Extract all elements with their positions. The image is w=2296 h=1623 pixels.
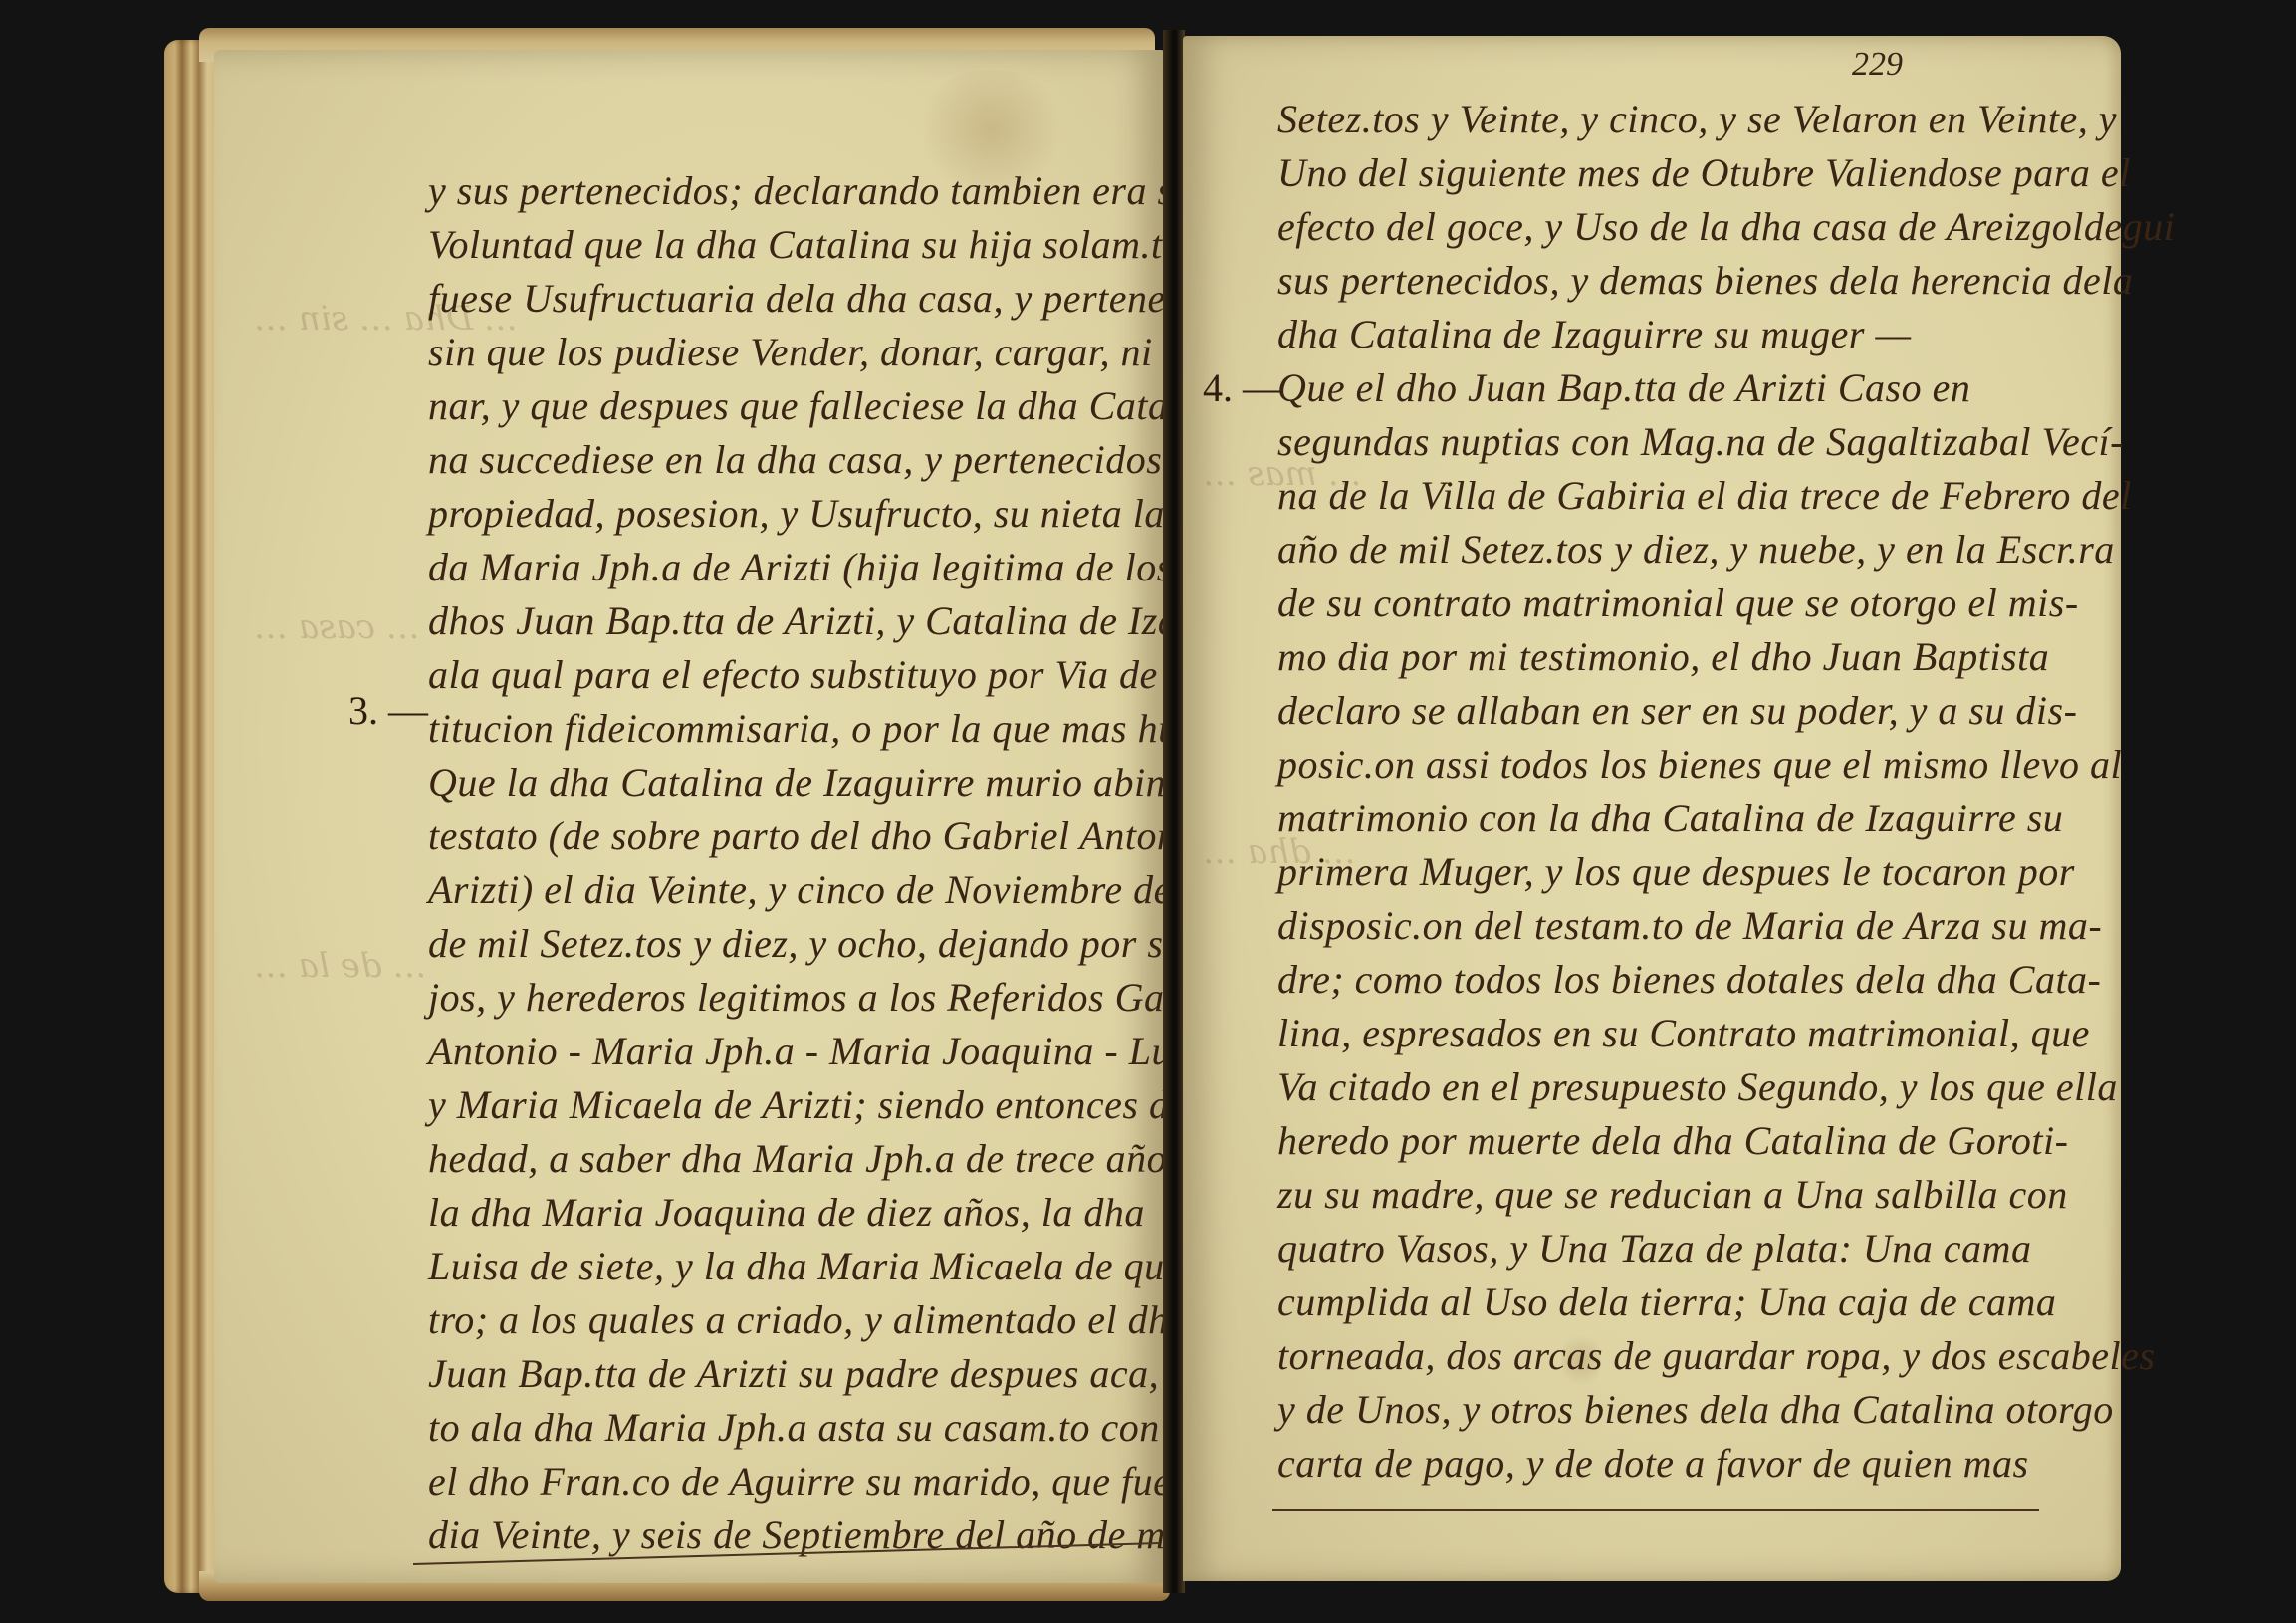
text-line: efecto del goce, y Uso de la dha casa de… (1277, 203, 2175, 250)
text-line: año de mil Setez.tos y diez, y nuebe, y … (1277, 526, 2115, 573)
text-line: Va citado en el presupuesto Segundo, y l… (1277, 1063, 2118, 1110)
text-line: hedad, a saber dha Maria Jph.a de trece … (428, 1135, 1194, 1182)
end-of-text-rule (1272, 1509, 2039, 1511)
text-line: zu su madre, que se reducian a Una salbi… (1277, 1171, 2068, 1218)
book-gutter (1163, 30, 1185, 1593)
text-line: quatro Vasos, y Una Taza de plata: Una c… (1277, 1225, 2031, 1272)
text-line: mo dia por mi testimonio, el dho Juan Ba… (1277, 633, 2049, 680)
text-line: Setez.tos y Veinte, y cinco, y se Velaro… (1277, 96, 2117, 142)
section-number-4: 4. — (1203, 364, 1282, 411)
folio-number: 229 (1852, 46, 1903, 84)
left-page: … Dha … sin … … casa … … de la … 3. — y … (214, 50, 1165, 1583)
text-line: da Maria Jph.a de Arizti (hija legitima … (428, 544, 1173, 590)
text-line: posic.on assi todos los bienes que el mi… (1277, 741, 2122, 788)
text-line: dha Catalina de Izaguirre su muger — (1277, 311, 1912, 357)
text-line: Antonio - Maria Jph.a - Maria Joaquina -… (428, 1028, 1220, 1074)
text-line: la dha Maria Joaquina de diez años, la d… (428, 1189, 1145, 1236)
text-line: Voluntad que la dha Catalina su hija sol… (428, 221, 1181, 268)
text-line: to ala dha Maria Jph.a asta su casam.to … (428, 1404, 1160, 1451)
text-line: primera Muger, y los que despues le toca… (1277, 848, 2075, 895)
text-line: Arizti) el dia Veinte, y cinco de Noviem… (428, 866, 1255, 913)
text-line: de su contrato matrimonial que se otorgo… (1277, 580, 2079, 626)
text-line: torneada, dos arcas de guardar ropa, y d… (1277, 1332, 2155, 1379)
text-line: de mil Setez.tos y diez, y ocho, dejando… (428, 920, 1256, 967)
text-line: cumplida al Uso dela tierra; Una caja de… (1277, 1278, 2056, 1325)
text-line: tro; a los quales a criado, y alimentado… (428, 1296, 1189, 1343)
text-line: disposic.on del testam.to de Maria de Ar… (1277, 902, 2102, 949)
text-line: Luisa de siete, y la dha Maria Micaela d… (428, 1243, 1199, 1289)
right-page: … mas … … dha … 229 4. — Setez.tos y Vei… (1183, 36, 2121, 1581)
text-line: dhos Juan Bap.tta de Arizti, y Catalina … (428, 597, 1209, 644)
text-line: sus pertenecidos, y demas bienes dela he… (1277, 257, 2133, 304)
text-line: Juan Bap.tta de Arizti su padre despues … (428, 1350, 1220, 1397)
text-line: fuese Usufructuaria dela dha casa, y per… (428, 275, 1253, 322)
text-line: y Maria Micaela de Arizti; siendo entonc… (428, 1081, 1188, 1128)
text-line: heredo por muerte dela dha Catalina de G… (1277, 1117, 2068, 1164)
bleed-through-text: … de la … (254, 946, 426, 986)
text-line: lina, espresados en su Contrato matrimon… (1277, 1010, 2090, 1056)
text-line: ala qual para el efecto substituyo por V… (428, 651, 1235, 698)
text-line: y de Unos, y otros bienes dela dha Catal… (1277, 1386, 2114, 1433)
text-line: declaro se allaban en ser en su poder, y… (1277, 687, 2077, 734)
text-line: carta de pago, y de dote a favor de quie… (1277, 1440, 2029, 1487)
text-line: jos, y herederos legitimos a los Referid… (428, 974, 1243, 1021)
text-line: dre; como todos los bienes dotales dela … (1277, 956, 2101, 1003)
text-line: y sus pertenecidos; declarando tambien e… (428, 167, 1194, 214)
text-line: nar, y que despues que falleciese la dha… (428, 382, 1206, 429)
text-line: na de la Villa de Gabiria el dia trece d… (1277, 472, 2132, 519)
text-line: na succediese en la dha casa, y pertenec… (428, 436, 1212, 483)
text-line: propiedad, posesion, y Usufructo, su nie… (428, 490, 1231, 537)
text-line: Que el dho Juan Bap.tta de Arizti Caso e… (1277, 364, 1970, 411)
text-line: matrimonio con la dha Catalina de Izagui… (1277, 795, 2063, 841)
text-line: sin que los pudiese Vender, donar, carga… (428, 329, 1274, 375)
text-line: testato (de sobre parto del dho Gabriel … (428, 812, 1259, 859)
text-line: Uno del siguiente mes de Otubre Valiendo… (1277, 149, 2131, 196)
text-line: segundas nuptias con Mag.na de Sagaltiza… (1277, 418, 2124, 465)
text-line: el dho Fran.co de Aguirre su marido, que… (428, 1458, 1212, 1505)
section-number-3: 3. — (348, 687, 428, 734)
document-viewer: … Dha … sin … … casa … … de la … 3. — y … (0, 0, 2296, 1623)
bleed-through-text: … casa … (254, 607, 420, 647)
text-line: Que la dha Catalina de Izaguirre murio a… (428, 759, 1180, 806)
